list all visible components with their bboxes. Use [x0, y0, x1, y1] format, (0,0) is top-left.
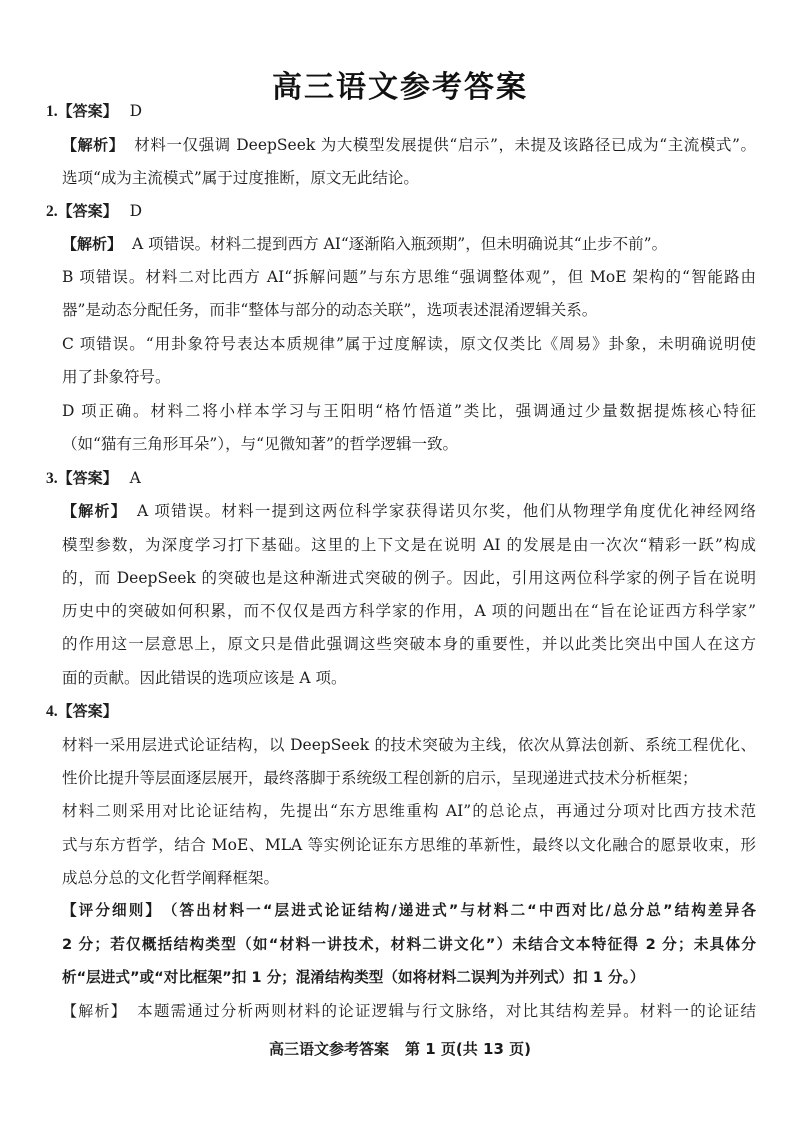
- q4-answer-line-5: 成总分总的文化哲学阐释框架。: [62, 864, 756, 892]
- q1-analysis-line-2: 选项“成为主流模式”属于过度推断，原文无此结论。: [62, 164, 756, 192]
- q4-rubric-line-1: 【评分细则】（答出材料一“层进式论证结构/递进式”与材料二“中西对比/总分总”结…: [62, 897, 756, 925]
- text: A 项错误。材料二提到西方 AI“逐渐陷入瓶颈期”，但未明确说其“止步不前”。: [132, 235, 667, 253]
- analysis-tag: 【解析】: [62, 136, 124, 154]
- q1-analysis-line-1: 【解析】材料一仅强调 DeepSeek 为大模型发展提供“启示”，未提及该路径已…: [62, 131, 756, 159]
- q4-answer-line-4: 式与东方哲学，结合 MoE、MLA 等实例论证东方思维的革新性，最终以文化融合的…: [62, 831, 756, 859]
- footer-page-label: 第 1 页(共 13 页): [405, 1040, 531, 1058]
- text: 材料一仅强调 DeepSeek 为大模型发展提供“启示”，未提及该路径已成为“主…: [134, 136, 756, 154]
- q2-analysis-line-6: D 项正确。材料二将小样本学习与王阳明“格竹悟道”类比，强调通过少量数据提炼核心…: [62, 397, 756, 425]
- q4-answer-line-3: 材料二则采用对比论证结构，先提出“东方思维重构 AI”的总论点，再通过分项对比西…: [62, 797, 756, 825]
- q1-number: 1.: [46, 103, 58, 120]
- answer-tag: 【答案】: [58, 469, 118, 487]
- footer-doc-title: 高三语文参考答案: [269, 1040, 389, 1058]
- analysis-tag: 【解析】: [62, 502, 127, 520]
- q3-analysis-line-6: 面的贡献。因此错误的选项应该是 A 项。: [62, 664, 756, 692]
- q4-answer-line-1: 材料一采用层进式论证结构，以 DeepSeek 的技术突破为主线，依次从算法创新…: [62, 731, 756, 759]
- q4-answer-line: 4.【答案】: [46, 697, 118, 725]
- q2-number: 2.: [46, 203, 58, 220]
- answer-tag: 【答案】: [58, 102, 118, 120]
- q4-rubric-line-3: 析“层进式”或“对比框架”扣 1 分；混淆结构类型（如将材料二误判为并列式）扣 …: [62, 964, 756, 992]
- q4-analysis-line-1: 【解析】本题需通过分析两则材料的论证逻辑与行文脉络，对比其结构差异。材料一的论证…: [62, 997, 756, 1025]
- q2-analysis-line-3: 器”是动态分配任务，而非“整体与部分的动态关联”，选项表述混淆逻辑关系。: [62, 296, 756, 324]
- q4-number: 4.: [46, 703, 58, 720]
- q2-analysis-line-1: 【解析】A 项错误。材料二提到西方 AI“逐渐陷入瓶颈期”，但未明确说其“止步不…: [62, 230, 756, 258]
- q4-rubric-line-2: 2 分；若仅概括结构类型（如“材料一讲技术，材料二讲文化”）未结合文本特征得 2…: [62, 931, 756, 959]
- analysis-tag: 【解析】: [62, 1002, 127, 1020]
- q2-analysis-line-2: B 项错误。材料二对比西方 AI“拆解问题”与东方思维“强调整体观”，但 MoE…: [62, 263, 756, 291]
- analysis-tag: 【解析】: [62, 235, 122, 253]
- rubric-tag: 【评分细则】: [62, 902, 162, 919]
- q3-answer: A: [130, 469, 141, 487]
- q3-number: 3.: [46, 470, 58, 487]
- q4-answer-line-2: 性价比提升等层面逐层展开，最终落脚于系统级工程创新的启示，呈现递进式技术分析框架…: [62, 764, 756, 792]
- text: （答出材料一“层进式论证结构/递进式”与材料二“中西对比/总分总”结构差异各: [170, 902, 756, 919]
- q3-analysis-line-3: 的，而 DeepSeek 的突破也是这种渐进式突破的例子。因此，引用这两位科学家…: [62, 564, 756, 592]
- q2-analysis-line-5: 用了卦象符号。: [62, 363, 756, 391]
- text: A 项错误。材料一提到这两位科学家获得诺贝尔奖，他们从物理学角度优化神经网络: [137, 502, 756, 520]
- answer-tag: 【答案】: [58, 202, 118, 220]
- q3-analysis-line-5: 的作用这一层意思上，原文只是借此强调这些突破本身的重要性，并以此类比突出中国人在…: [62, 630, 756, 658]
- q1-answer: D: [130, 102, 142, 120]
- page-footer: 高三语文参考答案第 1 页(共 13 页): [0, 1038, 800, 1059]
- q2-answer: D: [130, 202, 142, 220]
- q3-analysis-line-2: 模型参数，为深度学习打下基础。这里的上下文是在说明 AI 的发展是由一次次“精彩…: [62, 531, 756, 559]
- q3-analysis-line-1: 【解析】A 项错误。材料一提到这两位科学家获得诺贝尔奖，他们从物理学角度优化神经…: [62, 497, 756, 525]
- q3-analysis-line-4: 历史中的突破如何积累，而不仅仅是西方科学家的作用，A 项的问题出在“旨在论证西方…: [62, 597, 756, 625]
- q3-answer-line: 3.【答案】A: [46, 464, 141, 492]
- answer-tag: 【答案】: [58, 702, 118, 720]
- q2-analysis-line-4: C 项错误。“用卦象符号表达本质规律”属于过度解读，原文仅类比《周易》卦象，未明…: [62, 330, 756, 358]
- text: 本题需通过分析两则材料的论证逻辑与行文脉络，对比其结构差异。材料一的论证结: [137, 1002, 756, 1020]
- q1-answer-line: 1.【答案】D: [46, 97, 142, 125]
- q2-answer-line: 2.【答案】D: [46, 197, 142, 225]
- q2-analysis-line-7: （如“猫有三角形耳朵”），与“见微知著”的哲学逻辑一致。: [62, 430, 756, 458]
